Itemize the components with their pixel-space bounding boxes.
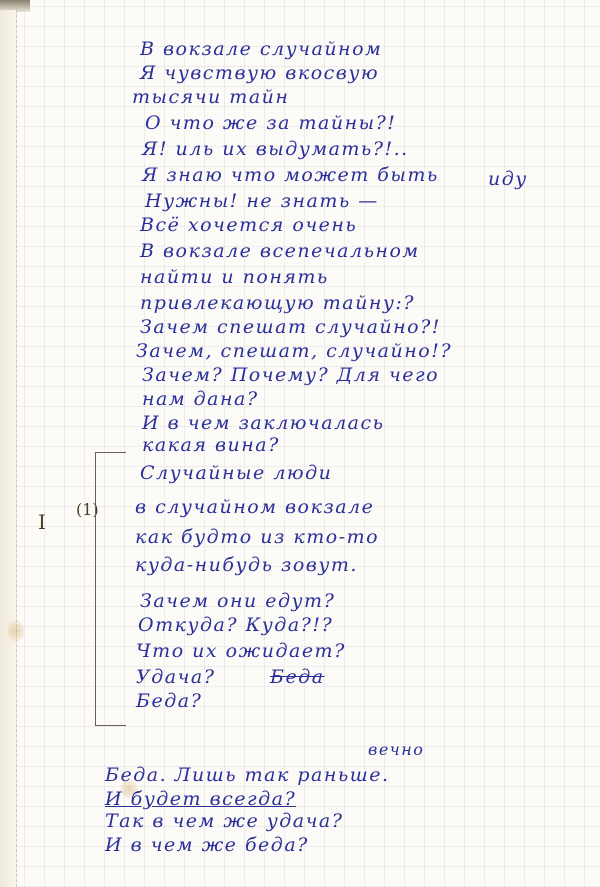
poem-line: привлекающую тайну:? [140, 292, 415, 314]
poem-line: Откуда? Куда?!? [138, 614, 333, 636]
poem-line: Удача? [136, 666, 215, 688]
notebook-page: В вокзале случайном Я чувствую вкосвую т… [0, 0, 600, 887]
poem-line: нам дана? [142, 388, 259, 410]
poem-line: В вокзале случайном [140, 38, 382, 60]
section-bracket [95, 452, 126, 726]
poem-line: Беда? [136, 690, 202, 712]
poem-line: как будто из кто-то [135, 526, 379, 548]
poem-line: Зачем, спешат, случайно!? [136, 340, 452, 362]
poem-line: И в чем заключалась [142, 412, 384, 434]
poem-line: Я чувствую вкосвую [140, 62, 379, 84]
poem-line: Всё хочется очень [140, 214, 357, 236]
poem-line: И в чем же беда? [105, 834, 309, 856]
poem-line: Беда. Лишь так раньше. [105, 764, 390, 786]
margin-roman-numeral: I [38, 510, 46, 534]
poem-line: Что их ожидает? [136, 640, 346, 662]
page-binding-edge [0, 10, 17, 887]
inserted-word: вечно [368, 740, 424, 759]
poem-line: Зачем? Почему? Для чего [142, 364, 439, 386]
poem-line: Нужны! не знать — [145, 190, 379, 212]
poem-line: тысячи тайн [132, 86, 289, 108]
poem-line: О что же за тайны?! [145, 112, 396, 134]
poem-line: Случайные люди [140, 462, 332, 484]
poem-line: куда-нибудь зовут. [135, 554, 358, 576]
poem-line: Зачем они едут? [140, 590, 335, 612]
poem-line: какая вина? [142, 434, 280, 456]
poem-line: Я! иль их выдумать?!.. [142, 138, 409, 160]
poem-line: в случайном вокзале [135, 496, 374, 518]
side-note: иду [488, 168, 528, 190]
struck-word: Беда [270, 666, 325, 688]
poem-line: В вокзале всепечальном [140, 240, 420, 262]
poem-line: Зачем спешат случайно?! [140, 316, 441, 338]
poem-line: Я знаю что может быть [142, 164, 439, 186]
poem-line: И будет всегда? [105, 788, 296, 810]
paper-stain [8, 620, 24, 642]
poem-line: найти и понять [140, 266, 329, 288]
poem-line: Так в чем же удача? [105, 810, 343, 832]
